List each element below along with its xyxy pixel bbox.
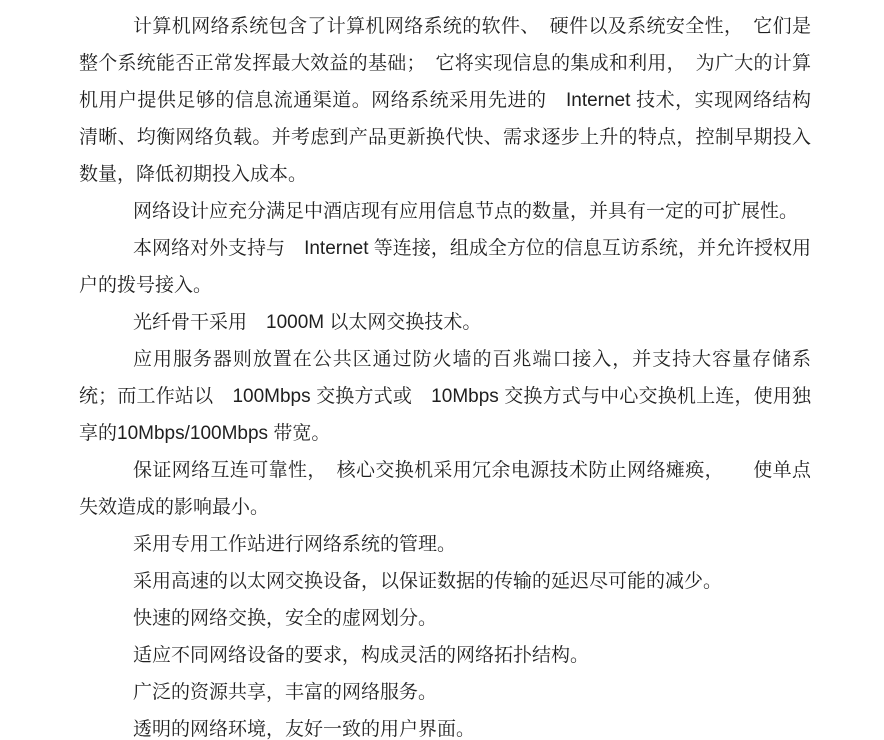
paragraph-fiber-backbone: 光纤骨干采用 1000M 以太网交换技术。 [79, 304, 811, 341]
paragraph-design-capacity: 网络设计应充分满足中酒店现有应用信息节点的数量，并具有一定的可扩展性。 [79, 193, 811, 230]
paragraph-reliability: 保证网络互连可靠性， 核心交换机采用冗余电源技术防止网络瘫痪， 使单点失效造成的… [79, 452, 811, 526]
paragraph-internet-access: 本网络对外支持与 Internet 等连接，组成全方位的信息互访系统，并允许授权… [79, 230, 811, 304]
paragraph-fast-switching-vlan: 快速的网络交换，安全的虚网划分。 [79, 600, 811, 637]
paragraph-server-workstation: 应用服务器则放置在公共区通过防火墙的百兆端口接入，并支持大容量存储系统；而工作站… [79, 341, 811, 452]
paragraph-ethernet-switching: 采用高速的以太网交换设备，以保证数据的传输的延迟尽可能的减少。 [79, 563, 811, 600]
paragraph-resource-sharing: 广泛的资源共享，丰富的网络服务。 [79, 674, 811, 711]
paragraph-management-workstation: 采用专用工作站进行网络系统的管理。 [79, 526, 811, 563]
paragraph-flexible-topology: 适应不同网络设备的要求，构成灵活的网络拓扑结构。 [79, 637, 811, 674]
document-page: 计算机网络系统包含了计算机网络系统的软件、 硬件以及系统安全性， 它们是整个系统… [0, 0, 884, 740]
paragraph-network-system-intro: 计算机网络系统包含了计算机网络系统的软件、 硬件以及系统安全性， 它们是整个系统… [79, 8, 811, 193]
paragraph-transparent-environment: 透明的网络环境，友好一致的用户界面。 [79, 711, 811, 740]
